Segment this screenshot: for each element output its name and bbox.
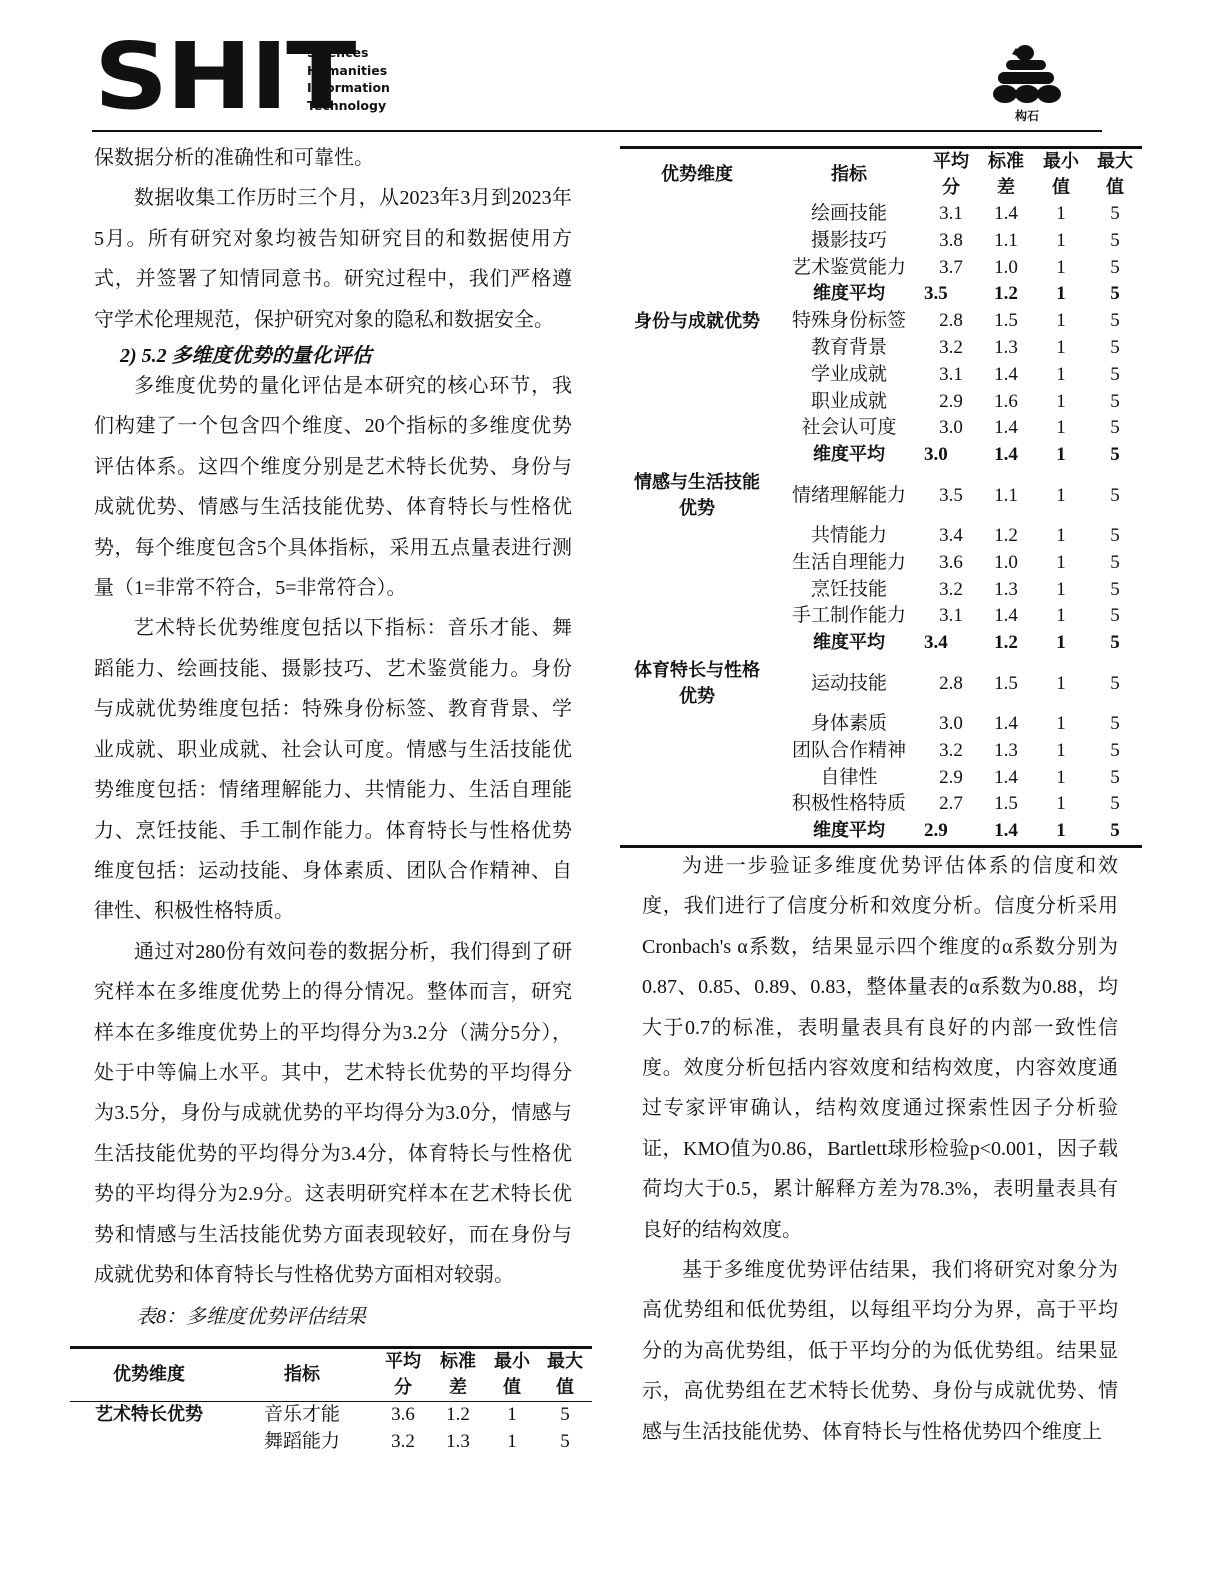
header-dimension: 优势维度: [620, 148, 774, 202]
cell-max: 5: [1088, 228, 1142, 255]
cell-max: 5: [1088, 577, 1142, 604]
cell-mean: 3.0: [924, 415, 978, 442]
cell-sd: 1.3: [978, 577, 1034, 604]
cell-mean: 3.4: [924, 630, 978, 657]
cell-indicator: 身体素质: [774, 711, 924, 738]
table-body: 绘画技能3.11.415摄影技巧3.81.115艺术鉴赏能力3.71.015维度…: [620, 201, 1142, 846]
cell-sd: 1.4: [978, 442, 1034, 469]
cell-indicator: 团队合作精神: [774, 738, 924, 765]
cell-max: 5: [1088, 523, 1142, 550]
header-mean: 平均分: [376, 1348, 430, 1402]
cell-indicator: 维度平均: [774, 442, 924, 469]
cell-max: 5: [1088, 657, 1142, 711]
header-min: 最小值: [486, 1348, 538, 1402]
cell-mean: 3.5: [924, 469, 978, 523]
logo-subtitle-line: Technology: [307, 97, 390, 115]
cell-indicator: 烹饪技能: [774, 577, 924, 604]
table-row: 共情能力3.41.215: [620, 523, 1142, 550]
cell-dimension: [620, 738, 774, 765]
cell-mean: 2.8: [924, 657, 978, 711]
cell-min: 1: [1034, 228, 1088, 255]
cell-mean: 3.0: [924, 711, 978, 738]
cell-indicator: 职业成就: [774, 389, 924, 416]
cell-min: 1: [1034, 362, 1088, 389]
cell-min: 1: [1034, 791, 1088, 818]
cell-min: 1: [1034, 630, 1088, 657]
cell-mean: 3.2: [924, 738, 978, 765]
cell-dimension: [620, 201, 774, 228]
cell-dimension: [620, 255, 774, 282]
cell-max: 5: [1088, 469, 1142, 523]
dimension-average-row: 维度平均3.01.415: [620, 442, 1142, 469]
cell-min: 1: [1034, 469, 1088, 523]
table-row: 生活自理能力3.61.015: [620, 550, 1142, 577]
cell-dimension: [620, 228, 774, 255]
dimension-average-row: 维度平均3.51.215: [620, 281, 1142, 308]
cell-mean: 3.1: [924, 201, 978, 228]
table-header-row: 优势维度 指标 平均分 标准差 最小值 最大值: [620, 148, 1142, 202]
cell-max: 5: [1088, 818, 1142, 846]
cell-sd: 1.0: [978, 550, 1034, 577]
logo-subtitle-line: Information: [307, 79, 390, 97]
cell-mean: 3.8: [924, 228, 978, 255]
table-header-row: 优势维度 指标 平均分 标准差 最小值 最大值: [70, 1348, 592, 1402]
cell-max: 5: [1088, 603, 1142, 630]
cell-dimension: [620, 603, 774, 630]
cell-dimension: [620, 550, 774, 577]
cell-max: 5: [1088, 442, 1142, 469]
cell-mean: 3.2: [924, 335, 978, 362]
table-caption: 表8：多维度优势评估结果: [136, 1303, 366, 1331]
cell-sd: 1.3: [978, 335, 1034, 362]
cell-indicator: 生活自理能力: [774, 550, 924, 577]
cell-max: 5: [1088, 711, 1142, 738]
cell-dimension: [620, 362, 774, 389]
cell-min: 1: [1034, 255, 1088, 282]
cell-mean: 3.7: [924, 255, 978, 282]
cell-indicator: 自律性: [774, 765, 924, 792]
cell-dimension: [620, 389, 774, 416]
table-row: 自律性2.91.415: [620, 765, 1142, 792]
cell-sd: 1.4: [978, 362, 1034, 389]
cell-mean: 3.6: [924, 550, 978, 577]
cell-sd: 1.5: [978, 791, 1034, 818]
cell-min: 1: [1034, 657, 1088, 711]
cell-dimension: [620, 442, 774, 469]
cell-max: 5: [1088, 630, 1142, 657]
header-max: 最大值: [1088, 148, 1142, 202]
results-table-part-2: 优势维度 指标 平均分 标准差 最小值 最大值 绘画技能3.11.415摄影技巧…: [620, 146, 1142, 848]
brand-mark: 构石: [986, 42, 1068, 124]
cell-mean: 2.9: [924, 765, 978, 792]
stacked-stones-icon: [992, 42, 1062, 104]
cell-max: 5: [1088, 415, 1142, 442]
cell-sd: 1.5: [978, 308, 1034, 335]
header-min: 最小值: [1034, 148, 1088, 202]
cell-dimension: [620, 281, 774, 308]
cell-min: 1: [1034, 201, 1088, 228]
cell-sd: 1.2: [978, 281, 1034, 308]
cell-indicator: 维度平均: [774, 818, 924, 846]
paragraph: 艺术特长优势维度包括以下指标：音乐才能、舞蹈能力、绘画技能、摄影技巧、艺术鉴赏能…: [94, 608, 572, 931]
cell-max: 5: [1088, 335, 1142, 362]
cell-max: 5: [1088, 550, 1142, 577]
cell-indicator: 维度平均: [774, 630, 924, 657]
cell-indicator: 情绪理解能力: [774, 469, 924, 523]
cell-indicator: 学业成就: [774, 362, 924, 389]
cell-sd: 1.4: [978, 201, 1034, 228]
cell-dimension: [620, 415, 774, 442]
cell-max: 5: [1088, 201, 1142, 228]
cell-sd: 1.0: [978, 255, 1034, 282]
table-row: 团队合作精神3.21.315: [620, 738, 1142, 765]
cell-sd: 1.4: [978, 415, 1034, 442]
cell-min: 1: [1034, 738, 1088, 765]
table-row: 绘画技能3.11.415: [620, 201, 1142, 228]
cell-dimension: 情感与生活技能优势: [620, 469, 774, 523]
cell-indicator: 摄影技巧: [774, 228, 924, 255]
cell-dimension: [620, 577, 774, 604]
cell-min: 1: [1034, 308, 1088, 335]
cell-max: 5: [1088, 281, 1142, 308]
cell-min: 1: [1034, 711, 1088, 738]
brand-label: 构石: [986, 107, 1068, 124]
cell-sd: 1.5: [978, 657, 1034, 711]
cell-min: 1: [1034, 281, 1088, 308]
cell-mean: 3.1: [924, 362, 978, 389]
header-max: 最大值: [538, 1348, 592, 1402]
table-row: 学业成就3.11.415: [620, 362, 1142, 389]
cell-min: 1: [1034, 415, 1088, 442]
table-row: 舞蹈能力 3.2 1.3 1 5: [70, 1429, 592, 1456]
cell-dimension: 体育特长与性格优势: [620, 657, 774, 711]
cell-dimension: [620, 523, 774, 550]
cell-dimension: [620, 630, 774, 657]
cell-min: 1: [1034, 523, 1088, 550]
dimension-average-row: 维度平均2.91.415: [620, 818, 1142, 846]
cell-max: 5: [1088, 765, 1142, 792]
cell-max: 5: [1088, 255, 1142, 282]
cell-indicator: 手工制作能力: [774, 603, 924, 630]
paragraph: 保数据分析的准确性和可靠性。: [94, 138, 572, 178]
cell-indicator: 共情能力: [774, 523, 924, 550]
dimension-average-row: 维度平均3.41.215: [620, 630, 1142, 657]
cell-indicator: 社会认可度: [774, 415, 924, 442]
cell-sd: 1.3: [978, 738, 1034, 765]
cell-sd: 1.2: [978, 523, 1034, 550]
paragraph: 基于多维度优势评估结果，我们将研究对象分为高优势组和低优势组，以每组平均分为界，…: [642, 1250, 1118, 1452]
logo-subtitle-line: Humanities: [307, 62, 390, 80]
cell-min: 1: [1034, 550, 1088, 577]
table-row: 情感与生活技能优势情绪理解能力3.51.115: [620, 469, 1142, 523]
cell-max: 5: [1088, 791, 1142, 818]
table-row: 身份与成就优势特殊身份标签2.81.515: [620, 308, 1142, 335]
cell-indicator: 积极性格特质: [774, 791, 924, 818]
cell-max: 5: [1088, 738, 1142, 765]
header-dimension: 优势维度: [70, 1348, 228, 1402]
cell-sd: 1.1: [978, 228, 1034, 255]
cell-dimension: 身份与成就优势: [620, 308, 774, 335]
cell-min: 1: [1034, 389, 1088, 416]
cell-indicator: 维度平均: [774, 281, 924, 308]
paragraph: 为进一步验证多维度优势评估体系的信度和效度，我们进行了信度分析和效度分析。信度分…: [642, 846, 1118, 1250]
header-indicator: 指标: [228, 1348, 376, 1402]
cell-min: 1: [1034, 818, 1088, 846]
header-sd: 标准差: [430, 1348, 486, 1402]
right-column: 为进一步验证多维度优势评估体系的信度和效度，我们进行了信度分析和效度分析。信度分…: [642, 846, 1118, 1452]
journal-logo-subtitle: Sciences Humanities Information Technolo…: [307, 44, 390, 114]
left-column: 保数据分析的准确性和可靠性。 数据收集工作历时三个月，从2023年3月到2023…: [94, 138, 572, 1295]
paragraph: 通过对280份有效问卷的数据分析，我们得到了研究样本在多维度优势上的得分情况。整…: [94, 932, 572, 1296]
cell-max: 5: [1088, 362, 1142, 389]
cell-dimension: [620, 335, 774, 362]
table-row: 身体素质3.01.415: [620, 711, 1142, 738]
cell-mean: 2.8: [924, 308, 978, 335]
header-divider: [92, 130, 1102, 132]
cell-mean: 2.7: [924, 791, 978, 818]
cell-mean: 2.9: [924, 389, 978, 416]
cell-mean: 3.2: [924, 577, 978, 604]
cell-sd: 1.4: [978, 603, 1034, 630]
cell-sd: 1.6: [978, 389, 1034, 416]
cell-min: 1: [1034, 765, 1088, 792]
cell-max: 5: [1088, 389, 1142, 416]
logo-subtitle-line: Sciences: [307, 44, 390, 62]
results-table-part-1: 优势维度 指标 平均分 标准差 最小值 最大值 艺术特长优势 音乐才能 3.6 …: [70, 1346, 592, 1456]
table-row: 艺术鉴赏能力3.71.015: [620, 255, 1142, 282]
cell-sd: 1.4: [978, 818, 1034, 846]
cell-dimension: [620, 711, 774, 738]
cell-mean: 3.4: [924, 523, 978, 550]
cell-sd: 1.2: [978, 630, 1034, 657]
table-row: 体育特长与性格优势运动技能2.81.515: [620, 657, 1142, 711]
cell-indicator: 绘画技能: [774, 201, 924, 228]
cell-min: 1: [1034, 603, 1088, 630]
table-row: 教育背景3.21.315: [620, 335, 1142, 362]
table-row: 摄影技巧3.81.115: [620, 228, 1142, 255]
cell-sd: 1.1: [978, 469, 1034, 523]
cell-mean: 3.0: [924, 442, 978, 469]
cell-indicator: 运动技能: [774, 657, 924, 711]
paragraph: 数据收集工作历时三个月，从2023年3月到2023年5月。所有研究对象均被告知研…: [94, 178, 572, 340]
cell-dimension: [620, 765, 774, 792]
cell-min: 1: [1034, 577, 1088, 604]
cell-mean: 3.5: [924, 281, 978, 308]
table-row: 社会认可度3.01.415: [620, 415, 1142, 442]
header-mean: 平均分: [924, 148, 978, 202]
cell-sd: 1.4: [978, 765, 1034, 792]
cell-sd: 1.4: [978, 711, 1034, 738]
header-indicator: 指标: [774, 148, 924, 202]
cell-mean: 2.9: [924, 818, 978, 846]
paragraph: 多维度优势的量化评估是本研究的核心环节，我们构建了一个包含四个维度、20个指标的…: [94, 366, 572, 608]
cell-indicator: 特殊身份标签: [774, 308, 924, 335]
table-row: 艺术特长优势 音乐才能 3.6 1.2 1 5: [70, 1402, 592, 1429]
cell-indicator: 艺术鉴赏能力: [774, 255, 924, 282]
table-row: 积极性格特质2.71.515: [620, 791, 1142, 818]
cell-dimension: [620, 791, 774, 818]
table-row: 烹饪技能3.21.315: [620, 577, 1142, 604]
cell-max: 5: [1088, 308, 1142, 335]
table-row: 职业成就2.91.615: [620, 389, 1142, 416]
header-sd: 标准差: [978, 148, 1034, 202]
cell-dimension: [620, 818, 774, 846]
cell-mean: 3.1: [924, 603, 978, 630]
cell-indicator: 教育背景: [774, 335, 924, 362]
cell-min: 1: [1034, 335, 1088, 362]
table-row: 手工制作能力3.11.415: [620, 603, 1142, 630]
cell-min: 1: [1034, 442, 1088, 469]
